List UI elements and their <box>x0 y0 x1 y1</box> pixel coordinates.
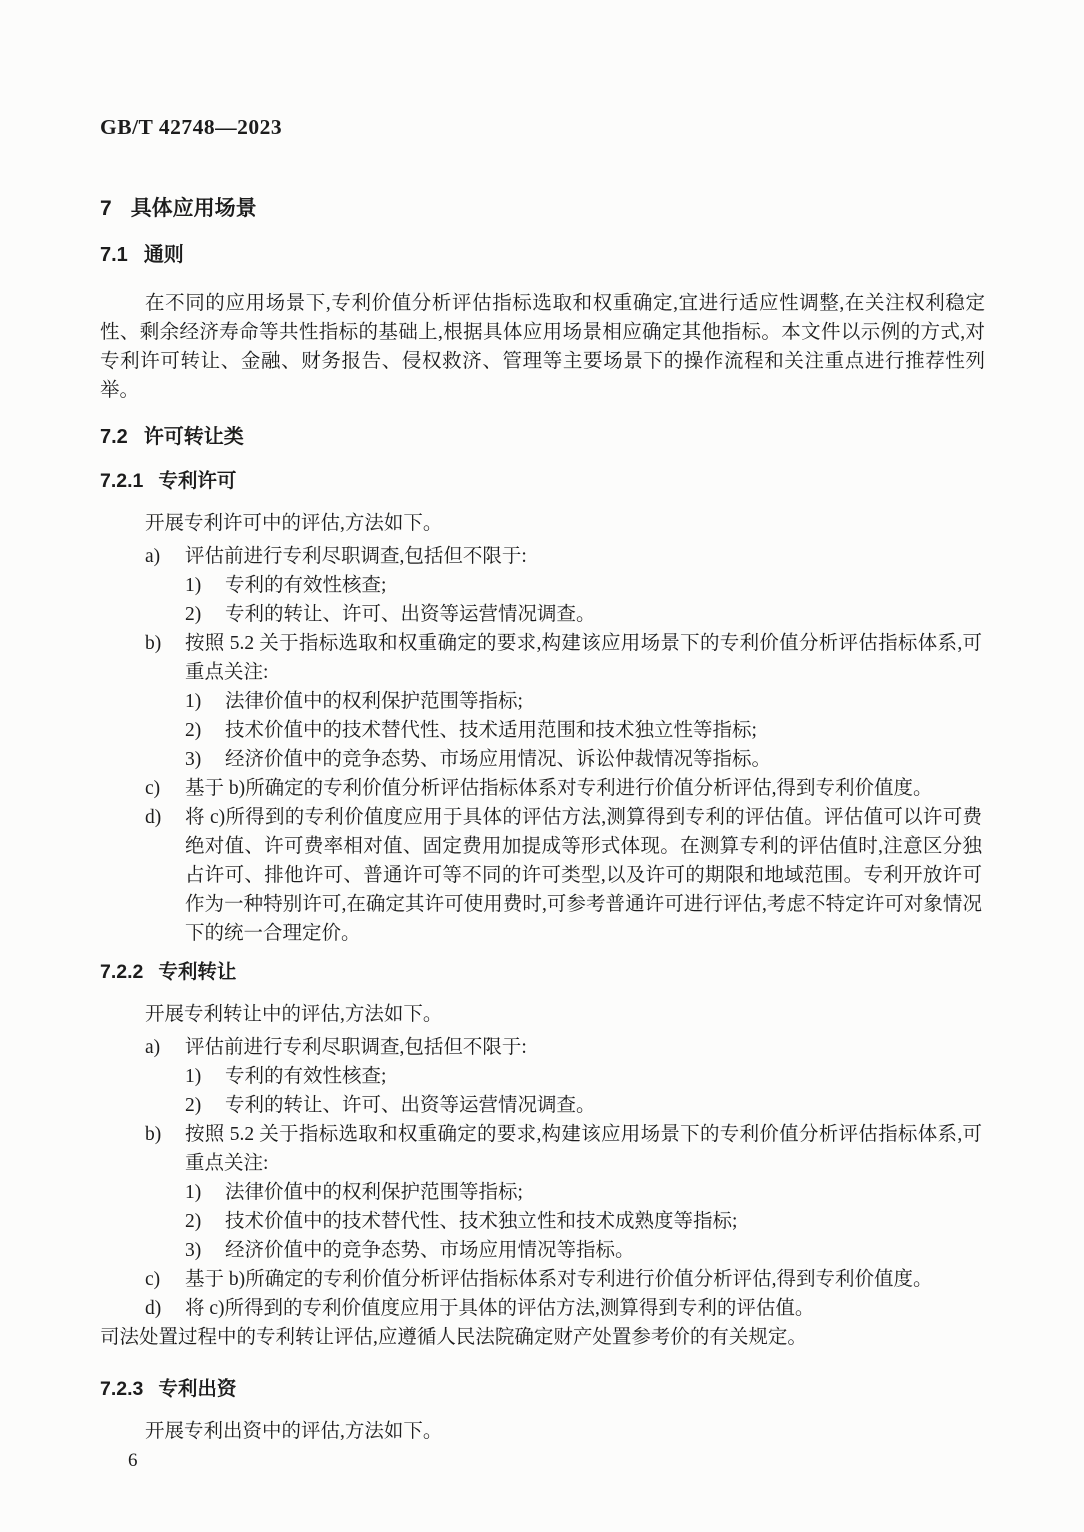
heading-number: 7.1 <box>100 241 128 270</box>
list-item-level2: 1)法律价值中的权利保护范围等指标; <box>100 1178 985 1207</box>
list-item-text: 基于 b)所确定的专利价值分析评估指标体系对专利进行价值分析评估,得到专利价值度… <box>185 778 933 799</box>
list-item-text: 按照 5.2 关于指标选取和权重确定的要求,构建该应用场景下的专利价值分析评估指… <box>185 1124 982 1174</box>
paragraph: 在不同的应用场景下,专利价值分析评估指标选取和权重确定,宜进行适应性调整,在关注… <box>100 289 985 405</box>
section-heading: 7具体应用场景 <box>100 194 985 223</box>
page-number: 6 <box>100 1446 985 1475</box>
heading-title: 专利转让 <box>158 958 236 987</box>
list-item-level2: 3)经济价值中的竞争态势、市场应用情况、诉讼仲裁情况等指标。 <box>100 745 985 774</box>
heading-number: 7.2.2 <box>100 958 143 987</box>
list-item-text: 专利的转让、许可、出资等运营情况调查。 <box>225 604 596 625</box>
list-marker: 2) <box>185 716 201 745</box>
list-item-text: 按照 5.2 关于指标选取和权重确定的要求,构建该应用场景下的专利价值分析评估指… <box>185 633 982 683</box>
list-item-text: 法律价值中的权利保护范围等指标; <box>225 1182 523 1203</box>
list-item-text: 专利的有效性核查; <box>225 575 386 596</box>
heading-title: 专利许可 <box>158 467 236 496</box>
list-marker: 2) <box>185 1091 201 1120</box>
list-marker: c) <box>145 1265 160 1294</box>
list-item-level1: a)评估前进行专利尽职调查,包括但不限于: <box>100 542 985 571</box>
list-marker: 3) <box>185 745 201 774</box>
document-body: 7具体应用场景7.1通则在不同的应用场景下,专利价值分析评估指标选取和权重确定,… <box>100 194 985 1446</box>
list-marker: d) <box>145 803 161 832</box>
heading-number: 7.2 <box>100 423 128 452</box>
paragraph: 司法处置过程中的专利转让评估,应遵循人民法院确定财产处置参考价的有关规定。 <box>100 1323 985 1352</box>
list-item-text: 将 c)所得到的专利价值度应用于具体的评估方法,测算得到专利的评估值。评估值可以… <box>185 807 982 944</box>
document-page: GB/T 42748—2023 7具体应用场景7.1通则在不同的应用场景下,专利… <box>0 0 1084 1532</box>
clause-heading: 7.2.1专利许可 <box>100 467 985 496</box>
list-marker: a) <box>145 1033 160 1062</box>
heading-number: 7 <box>100 194 112 223</box>
list-item-text: 经济价值中的竞争态势、市场应用情况、诉讼仲裁情况等指标。 <box>225 749 771 770</box>
list-marker: b) <box>145 629 161 658</box>
heading-title: 具体应用场景 <box>131 194 257 223</box>
paragraph: 开展专利出资中的评估,方法如下。 <box>100 1417 985 1446</box>
list-item-text: 将 c)所得到的专利价值度应用于具体的评估方法,测算得到专利的评估值。 <box>185 1298 814 1319</box>
list-item-level2: 1)法律价值中的权利保护范围等指标; <box>100 687 985 716</box>
list-item-level2: 2)技术价值中的技术替代性、技术独立性和技术成熟度等指标; <box>100 1207 985 1236</box>
list-item-text: 技术价值中的技术替代性、技术独立性和技术成熟度等指标; <box>225 1211 737 1232</box>
list-marker: a) <box>145 542 160 571</box>
list-item-level1: c)基于 b)所确定的专利价值分析评估指标体系对专利进行价值分析评估,得到专利价… <box>100 1265 985 1294</box>
subsection-heading: 7.2许可转让类 <box>100 423 985 452</box>
list-marker: 3) <box>185 1236 201 1265</box>
list-item-text: 评估前进行专利尽职调查,包括但不限于: <box>185 1037 527 1058</box>
clause-heading: 7.2.2专利转让 <box>100 958 985 987</box>
list-item-text: 基于 b)所确定的专利价值分析评估指标体系对专利进行价值分析评估,得到专利价值度… <box>185 1269 933 1290</box>
list-item-level2: 1)专利的有效性核查; <box>100 1062 985 1091</box>
list-marker: 1) <box>185 1178 201 1207</box>
list-item-level2: 2)专利的转让、许可、出资等运营情况调查。 <box>100 600 985 629</box>
list-item-level2: 2)技术价值中的技术替代性、技术适用范围和技术独立性等指标; <box>100 716 985 745</box>
list-marker: b) <box>145 1120 161 1149</box>
list-item-text: 技术价值中的技术替代性、技术适用范围和技术独立性等指标; <box>225 720 757 741</box>
heading-number: 7.2.3 <box>100 1375 143 1404</box>
list-item-text: 评估前进行专利尽职调查,包括但不限于: <box>185 546 527 567</box>
list-marker: 1) <box>185 571 201 600</box>
list-item-level1: b)按照 5.2 关于指标选取和权重确定的要求,构建该应用场景下的专利价值分析评… <box>100 1120 985 1178</box>
list-item-level2: 2)专利的转让、许可、出资等运营情况调查。 <box>100 1091 985 1120</box>
heading-number: 7.2.1 <box>100 467 143 496</box>
list-marker: d) <box>145 1294 161 1323</box>
list-item-text: 经济价值中的竞争态势、市场应用情况等指标。 <box>225 1240 635 1261</box>
heading-title: 许可转让类 <box>144 423 244 452</box>
list-item-level1: b)按照 5.2 关于指标选取和权重确定的要求,构建该应用场景下的专利价值分析评… <box>100 629 985 687</box>
heading-title: 通则 <box>144 241 184 270</box>
paragraph: 开展专利许可中的评估,方法如下。 <box>100 509 985 538</box>
list-marker: c) <box>145 774 160 803</box>
list-item-level1: d)将 c)所得到的专利价值度应用于具体的评估方法,测算得到专利的评估值。 <box>100 1294 985 1323</box>
list-marker: 1) <box>185 687 201 716</box>
list-item-text: 专利的转让、许可、出资等运营情况调查。 <box>225 1095 596 1116</box>
list-marker: 2) <box>185 600 201 629</box>
doc-code: GB/T 42748—2023 <box>100 113 985 142</box>
list-item-level1: a)评估前进行专利尽职调查,包括但不限于: <box>100 1033 985 1062</box>
list-item-level2: 1)专利的有效性核查; <box>100 571 985 600</box>
list-item-level2: 3)经济价值中的竞争态势、市场应用情况等指标。 <box>100 1236 985 1265</box>
list-item-text: 法律价值中的权利保护范围等指标; <box>225 691 523 712</box>
heading-title: 专利出资 <box>158 1375 236 1404</box>
list-item-text: 专利的有效性核查; <box>225 1066 386 1087</box>
clause-heading: 7.2.3专利出资 <box>100 1375 985 1404</box>
list-marker: 1) <box>185 1062 201 1091</box>
subsection-heading: 7.1通则 <box>100 241 985 270</box>
list-item-level1: d)将 c)所得到的专利价值度应用于具体的评估方法,测算得到专利的评估值。评估值… <box>100 803 985 948</box>
list-item-level1: c)基于 b)所确定的专利价值分析评估指标体系对专利进行价值分析评估,得到专利价… <box>100 774 985 803</box>
list-marker: 2) <box>185 1207 201 1236</box>
paragraph: 开展专利转让中的评估,方法如下。 <box>100 1000 985 1029</box>
